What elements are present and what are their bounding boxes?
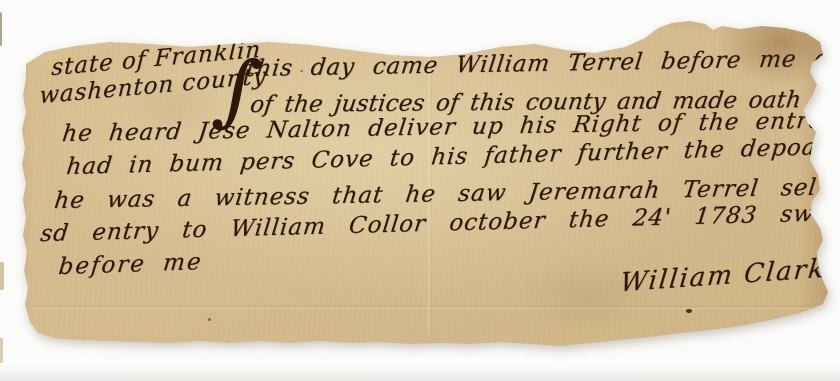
scan-edge-artifact bbox=[0, 262, 4, 290]
ink-speck bbox=[208, 318, 211, 321]
signature-william-clark: William Clark bbox=[619, 254, 828, 299]
scanned-document-page: state of Franklin washenton county ∫ thi… bbox=[0, 0, 840, 381]
scanner-bottom-shadow bbox=[0, 366, 840, 381]
scan-edge-artifact bbox=[0, 338, 3, 363]
horizontal-fold-crease bbox=[30, 306, 810, 309]
paper-shadow-wrap: state of Franklin washenton county ∫ thi… bbox=[0, 0, 840, 381]
scan-edge-artifact bbox=[0, 12, 2, 46]
manuscript-paper: state of Franklin washenton county ∫ thi… bbox=[0, 0, 840, 381]
handwritten-line-7: before me bbox=[57, 249, 204, 280]
ink-speck bbox=[686, 309, 692, 313]
handwritten-line-1: this day came William Terrel before me o… bbox=[245, 45, 840, 82]
